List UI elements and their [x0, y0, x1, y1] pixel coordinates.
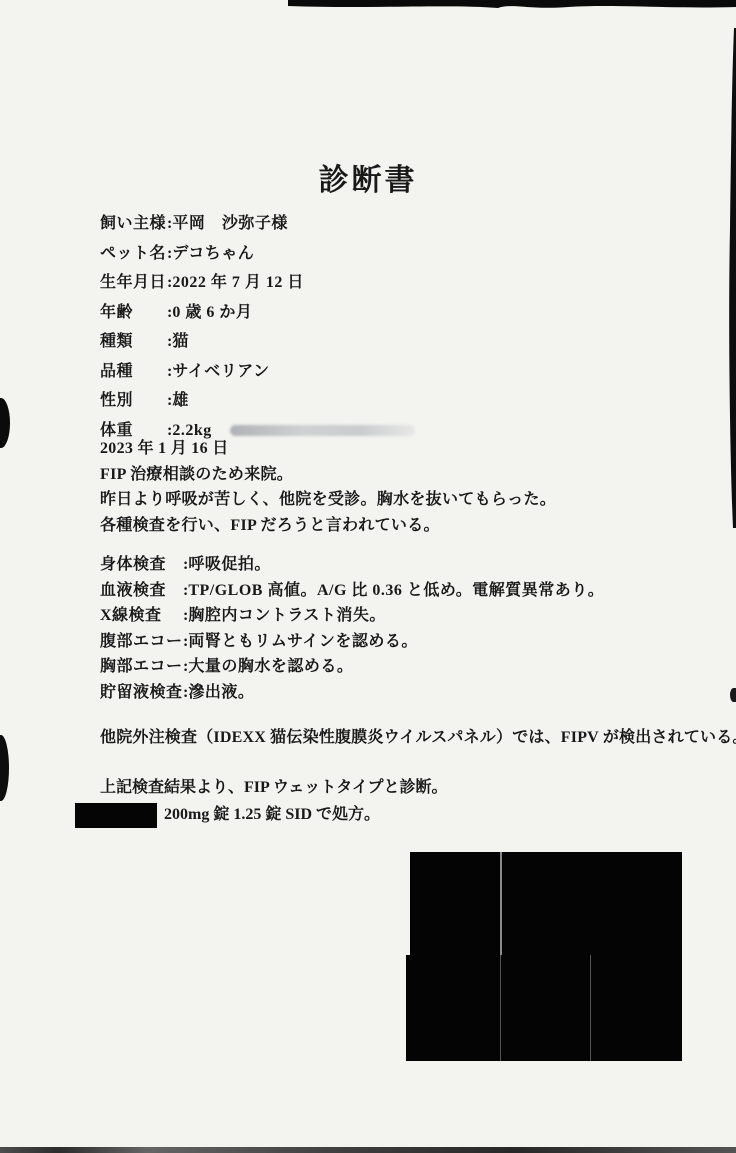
redacted-drug-name — [75, 803, 157, 828]
exam-label: 身体検査 — [100, 552, 183, 578]
field-value: 0 歳 6 か月 — [172, 304, 252, 321]
redaction-seam — [500, 852, 502, 955]
field-value: デコちゃん — [172, 245, 254, 262]
exam-label: 胸部エコー — [100, 654, 183, 680]
page-title: 診断書 — [0, 155, 736, 199]
breed-row: 品種:サイベリアン — [100, 357, 415, 387]
owner-row: 飼い主様:平岡 沙弥子様 — [100, 209, 415, 239]
exam-value: TP/GLOB 高値。A/G 比 0.36 と低め。電解質異常あり。 — [188, 582, 604, 599]
exam-label: 血液検査 — [100, 578, 183, 604]
field-value: 猫 — [172, 333, 189, 350]
field-label: 年齢 — [100, 298, 167, 328]
field-value: 雄 — [172, 392, 189, 409]
exam-label: X線検査 — [100, 603, 183, 629]
scan-mark-right — [730, 688, 736, 702]
exam-value: 滲出液。 — [188, 684, 254, 701]
exam-row-chest-echo: 胸部エコー:大量の胸水を認める。 — [100, 654, 604, 680]
exam-label: 貯留液検査 — [100, 680, 183, 706]
external-lab-result: 他院外注検査（IDEXX 猫伝染性腹膜炎ウイルスパネル）では、FIPV が検出さ… — [100, 724, 720, 747]
field-label: 性別 — [100, 386, 167, 416]
exam-value: 大量の胸水を認める。 — [188, 658, 353, 675]
sex-row: 性別:雄 — [100, 386, 415, 416]
redaction-seam — [590, 955, 591, 1061]
exam-row-physical: 身体検査:呼吸促拍。 — [100, 552, 604, 578]
prescription-line: 200mg 錠 1.25 錠 SID で処方。 — [75, 801, 447, 829]
field-label: ペット名 — [100, 239, 167, 269]
pet-info-section: 飼い主様:平岡 沙弥子様 ペット名:デコちゃん 生年月日:2022 年 7 月 … — [100, 209, 415, 445]
diagnosis-conclusion: 上記検査結果より、FIP ウェットタイプと診断。 — [100, 775, 447, 801]
visit-note: 各種検査を行い、FIP だろうと言われている。 — [100, 513, 556, 539]
field-value: サイベリアン — [172, 363, 269, 380]
exam-value: 胸腔内コントラスト消失。 — [188, 607, 386, 624]
redacted-smudge — [230, 425, 415, 436]
exam-findings-section: 身体検査:呼吸促拍。 血液検査:TP/GLOB 高値。A/G 比 0.36 と低… — [100, 552, 604, 705]
exam-row-xray: X線検査:胸腔内コントラスト消失。 — [100, 603, 604, 629]
visit-note: 昨日より呼吸が苦しく、他院を受診。胸水を抜いてもらった。 — [100, 487, 556, 513]
birthdate-row: 生年月日:2022 年 7 月 12 日 — [100, 268, 415, 298]
field-label: 品種 — [100, 357, 167, 387]
exam-value: 両腎ともリムサインを認める。 — [188, 633, 418, 650]
age-row: 年齢:0 歳 6 か月 — [100, 298, 415, 328]
scan-edge-top — [288, 0, 736, 12]
scanned-medical-certificate: 診断書 飼い主様:平岡 沙弥子様 ペット名:デコちゃん 生年月日:2022 年 … — [0, 0, 736, 1153]
diagnosis-section: 上記検査結果より、FIP ウェットタイプと診断。 200mg 錠 1.25 錠 … — [75, 775, 447, 829]
redaction-block-lower — [406, 955, 682, 1061]
scan-mark-left-lower — [0, 735, 9, 801]
exam-row-blood: 血液検査:TP/GLOB 高値。A/G 比 0.36 と低め。電解質異常あり。 — [100, 578, 604, 604]
exam-label: 腹部エコー — [100, 629, 183, 655]
field-label: 飼い主様 — [100, 209, 167, 239]
scan-mark-left-upper — [0, 398, 10, 448]
exam-value: 呼吸促拍。 — [188, 556, 271, 573]
redaction-seam — [500, 955, 501, 1061]
field-label: 生年月日 — [100, 268, 167, 298]
visit-note: FIP 治療相談のため来院。 — [100, 462, 556, 488]
field-value: 平岡 沙弥子様 — [172, 215, 288, 232]
prescription-text: 200mg 錠 1.25 錠 SID で処方。 — [164, 801, 380, 829]
visit-date: 2023 年 1 月 16 日 — [100, 436, 556, 462]
scan-edge-bottom — [0, 1147, 736, 1153]
exam-row-abdominal-echo: 腹部エコー:両腎ともリムサインを認める。 — [100, 629, 604, 655]
species-row: 種類:猫 — [100, 327, 415, 357]
redaction-block-upper — [410, 852, 682, 955]
field-value: 2022 年 7 月 12 日 — [172, 274, 304, 291]
field-label: 種類 — [100, 327, 167, 357]
exam-row-effusion: 貯留液検査:滲出液。 — [100, 680, 604, 706]
scan-edge-right — [726, 28, 736, 528]
pet-name-row: ペット名:デコちゃん — [100, 239, 415, 269]
visit-record-section: 2023 年 1 月 16 日 FIP 治療相談のため来院。 昨日より呼吸が苦し… — [100, 436, 556, 538]
